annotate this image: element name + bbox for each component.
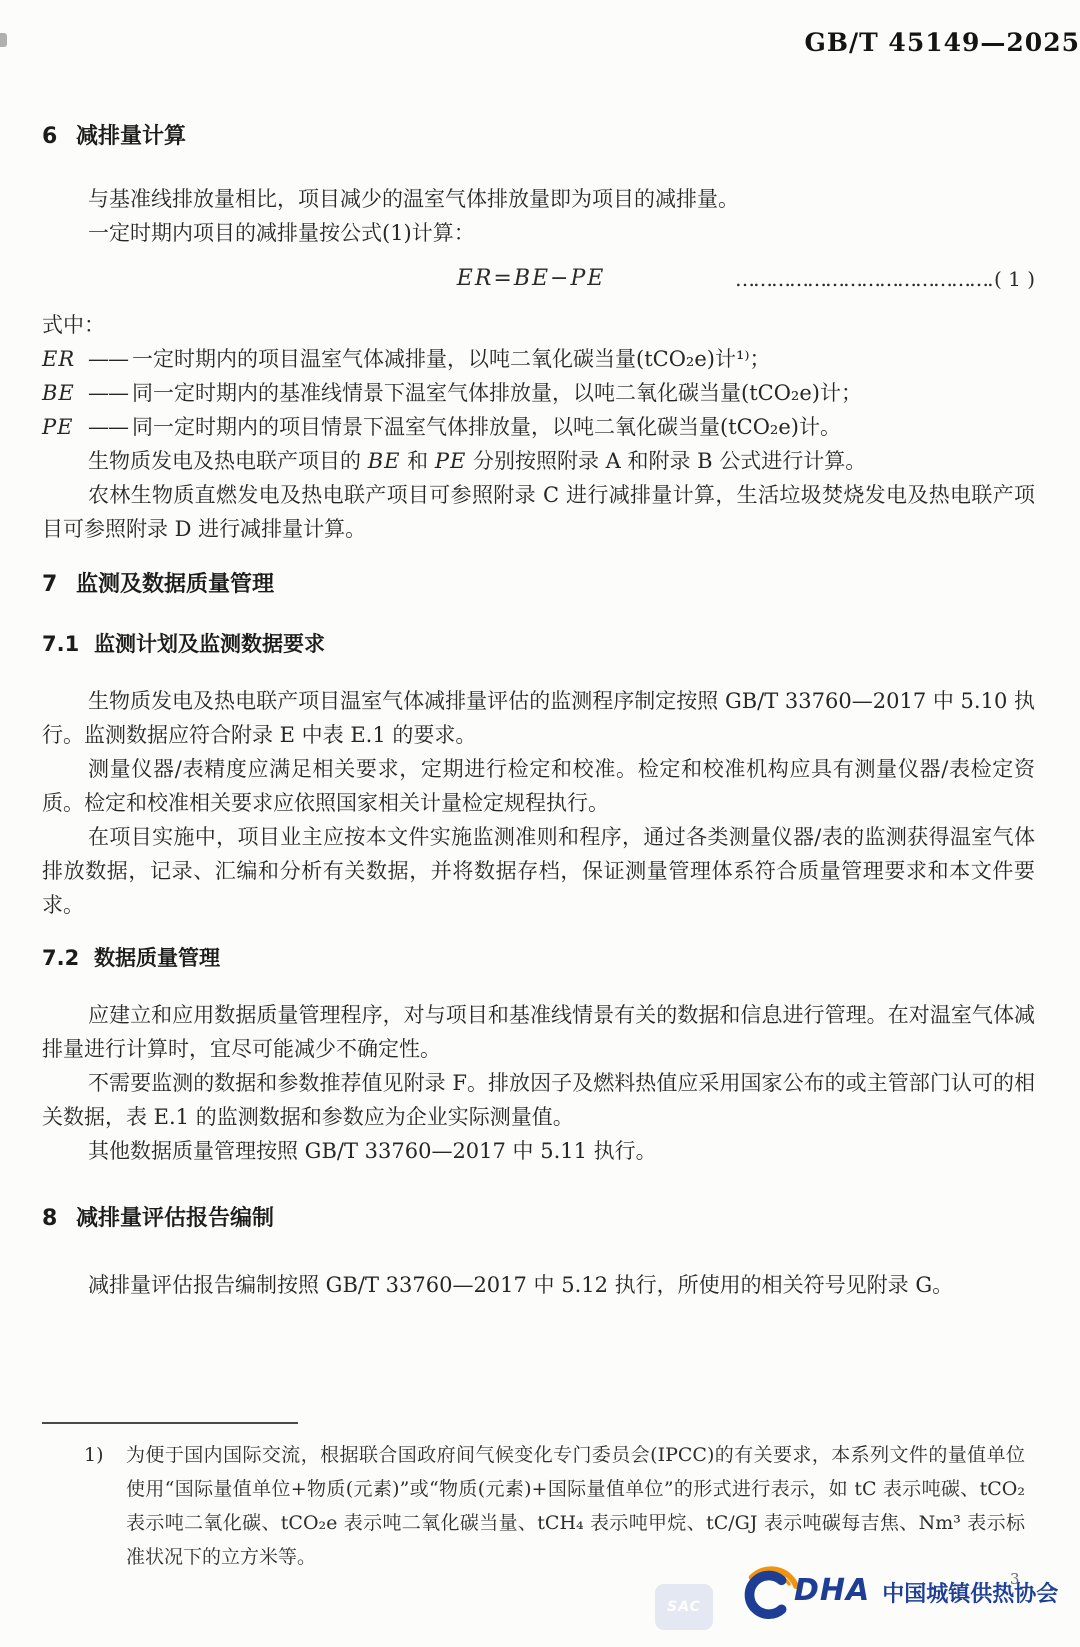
subsection-number: 7.2 bbox=[42, 944, 94, 972]
section-title: 监测及数据质量管理 bbox=[76, 570, 274, 600]
section-number: 6 bbox=[42, 122, 76, 152]
formula-expression: ER=BE−PE bbox=[457, 262, 606, 296]
leader-dots: ……………………………………………… bbox=[735, 262, 994, 296]
definition-row: ER —— 一定时期内的项目温室气体减排量，以吨二氧化碳当量(tCO₂e)计¹⁾… bbox=[42, 342, 1035, 376]
section-7-heading: 7 监测及数据质量管理 bbox=[42, 570, 1035, 600]
section-title: 减排量计算 bbox=[76, 122, 186, 152]
variable-pe: PE bbox=[435, 449, 466, 473]
text-segment: 和 bbox=[400, 449, 434, 473]
footnote-marker: 1) bbox=[84, 1438, 126, 1574]
subsection-title: 数据质量管理 bbox=[94, 944, 220, 972]
page-body: 6 减排量计算 与基准线排放量相比，项目减少的温室气体排放量即为项目的减排量。 … bbox=[0, 122, 1080, 1574]
paragraph: 其他数据质量管理按照 GB/T 33760—2017 中 5.11 执行。 bbox=[42, 1134, 1035, 1168]
formula-leader: ……………………………………………… ( 1 ) bbox=[735, 262, 1035, 296]
scan-artifact bbox=[0, 33, 7, 47]
section-7-2-heading: 7.2 数据质量管理 bbox=[42, 944, 1035, 972]
subsection-number: 7.1 bbox=[42, 630, 94, 658]
association-logo: DHA 中国城镇供热协会 bbox=[742, 1560, 1058, 1620]
definition-dash: —— bbox=[88, 410, 132, 444]
footnote-rule bbox=[42, 1422, 298, 1424]
association-abbr: DHA bbox=[794, 1573, 870, 1608]
page-header: GB/T 45149—2025 bbox=[0, 0, 1080, 62]
definition-dash: —— bbox=[88, 376, 132, 410]
text-segment: 分别按照附录 A 和附录 B 公式进行计算。 bbox=[466, 449, 866, 473]
paragraph: 应建立和应用数据质量管理程序，对与项目和基准线情景有关的数据和信息进行管理。在对… bbox=[42, 998, 1035, 1066]
paragraph: 测量仪器/表精度应满足相关要求，定期进行检定和校准。检定和校准机构应具有测量仪器… bbox=[42, 752, 1035, 820]
where-label: 式中： bbox=[42, 308, 1035, 342]
definition-text: 同一定时期内的项目情景下温室气体排放量，以吨二氧化碳当量(tCO₂e)计。 bbox=[132, 410, 1035, 444]
document-page: GB/T 45149—2025 6 减排量计算 与基准线排放量相比，项目减少的温… bbox=[0, 0, 1080, 1647]
definition-term: BE bbox=[42, 376, 88, 410]
definition-row: PE —— 同一定时期内的项目情景下温室气体排放量，以吨二氧化碳当量(tCO₂e… bbox=[42, 410, 1035, 444]
text-segment: 生物质发电及热电联产项目的 bbox=[88, 449, 368, 473]
paragraph: 不需要监测的数据和参数推荐值见附录 F。排放因子及燃料热值应采用国家公布的或主管… bbox=[42, 1066, 1035, 1134]
variable-be: BE bbox=[368, 449, 401, 473]
page-number: 3 bbox=[1010, 1570, 1020, 1588]
section-number: 8 bbox=[42, 1204, 76, 1234]
definition-term: ER bbox=[42, 342, 88, 376]
section-7-1-heading: 7.1 监测计划及监测数据要求 bbox=[42, 630, 1035, 658]
paragraph: 生物质发电及热电联产项目的 BE 和 PE 分别按照附录 A 和附录 B 公式进… bbox=[42, 444, 1035, 478]
formula-number: ( 1 ) bbox=[994, 267, 1035, 291]
formula-row: ER=BE−PE ……………………………………………… ( 1 ) bbox=[42, 262, 1035, 296]
definition-dash: —— bbox=[88, 342, 132, 376]
definition-term: PE bbox=[42, 410, 88, 444]
subsection-title: 监测计划及监测数据要求 bbox=[94, 630, 325, 658]
footnote-text: 为便于国内国际交流，根据联合国政府间气候变化专门委员会(IPCC)的有关要求，本… bbox=[126, 1438, 1025, 1574]
definition-text: 一定时期内的项目温室气体减排量，以吨二氧化碳当量(tCO₂e)计¹⁾； bbox=[132, 342, 1035, 376]
footnote: 1) 为便于国内国际交流，根据联合国政府间气候变化专门委员会(IPCC)的有关要… bbox=[42, 1438, 1035, 1574]
paragraph: 一定时期内项目的减排量按公式(1)计算： bbox=[42, 216, 1035, 250]
sac-watermark-label: SAC bbox=[667, 1599, 701, 1615]
paragraph: 与基准线排放量相比，项目减少的温室气体排放量即为项目的减排量。 bbox=[42, 182, 1035, 216]
paragraph: 减排量评估报告编制按照 GB/T 33760—2017 中 5.12 执行，所使… bbox=[42, 1268, 1035, 1302]
paragraph: 在项目实施中，项目业主应按本文件实施监测准则和程序，通过各类测量仪器/表的监测获… bbox=[42, 820, 1035, 922]
definition-text: 同一定时期内的基准线情景下温室气体排放量，以吨二氧化碳当量(tCO₂e)计； bbox=[132, 376, 1035, 410]
definition-row: BE —— 同一定时期内的基准线情景下温室气体排放量，以吨二氧化碳当量(tCO₂… bbox=[42, 376, 1035, 410]
paragraph: 农林生物质直燃发电及热电联产项目可参照附录 C 进行减排量计算，生活垃圾焚烧发电… bbox=[42, 478, 1035, 546]
section-title: 减排量评估报告编制 bbox=[76, 1204, 274, 1234]
section-6-heading: 6 减排量计算 bbox=[42, 122, 1035, 152]
dha-logo-icon bbox=[742, 1560, 800, 1620]
section-number: 7 bbox=[42, 570, 76, 600]
association-name: 中国城镇供热协会 bbox=[882, 1573, 1058, 1608]
paragraph: 生物质发电及热电联产项目温室气体减排量评估的监测程序制定按照 GB/T 3376… bbox=[42, 684, 1035, 752]
standard-number: GB/T 45149—2025 bbox=[805, 28, 1080, 57]
section-8-heading: 8 减排量评估报告编制 bbox=[42, 1204, 1035, 1234]
sac-watermark: SAC bbox=[655, 1584, 713, 1630]
